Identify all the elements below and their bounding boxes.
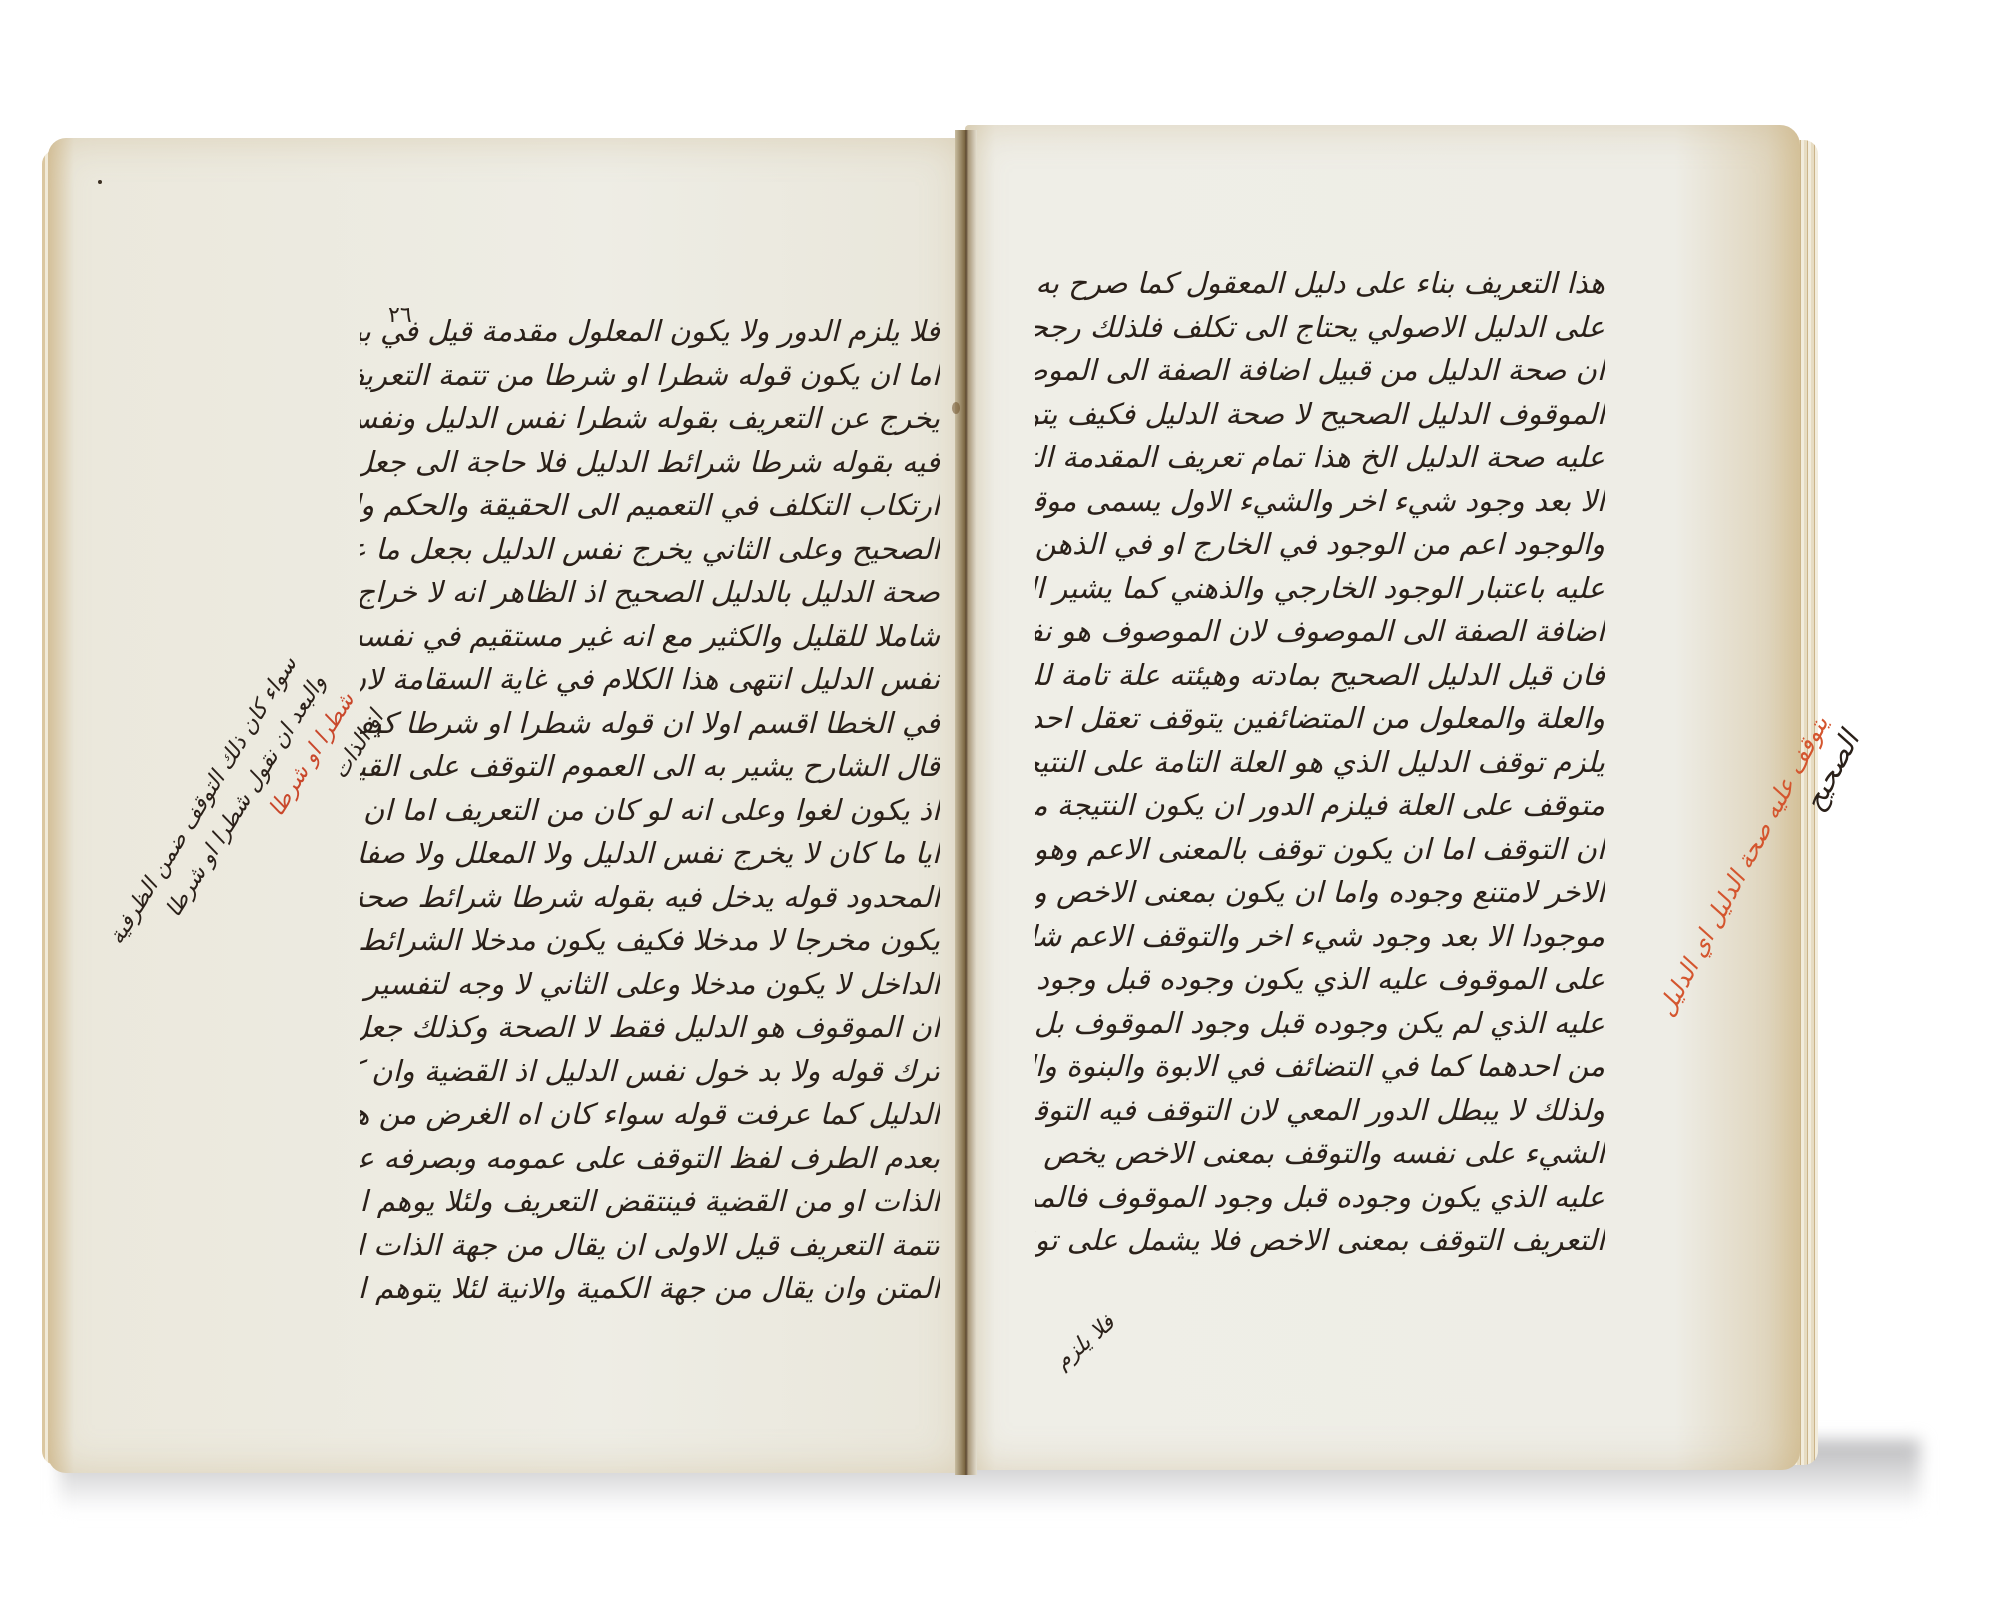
text-line: التعريف التوقف بمعنى الاخص فلا يشمل على … xyxy=(1035,1219,1605,1263)
text-line: الموقوف الدليل الصحيح لا صحة الدليل فكيف… xyxy=(1035,393,1605,437)
text-line: بعدم الطرف لفظ التوقف على عمومه وبصرفه ع… xyxy=(360,1137,940,1181)
text-line: نفس الدليل انتهى هذا الكلام في غاية السق… xyxy=(360,658,940,702)
text-line: هذا التعريف بناء على دليل المعقول كما صر… xyxy=(1035,262,1605,306)
book-gutter xyxy=(955,130,977,1475)
text-line: المتن وان يقال من جهة الكمية والانية لئل… xyxy=(360,1267,940,1311)
text-line: عليه صحة الدليل الخ هذا تمام تعريف المقد… xyxy=(1035,436,1605,480)
text-line: اذ يكون لغوا وعلى انه لو كان من التعريف … xyxy=(360,789,940,833)
text-line: على الدليل الاصولي يحتاج الى تكلف فلذلك … xyxy=(1035,306,1605,350)
text-line: اضافة الصفة الى الموصوف لان الموصوف هو ن… xyxy=(1035,610,1605,654)
right-page-text: هذا التعريف بناء على دليل المعقول كما صر… xyxy=(1035,262,1605,1263)
text-line: ارتكاب التكلف في التعميم الى الحقيقة وال… xyxy=(360,484,940,528)
text-line: فيه بقوله شرطا شرائط الدليل فلا حاجة الى… xyxy=(360,441,940,485)
text-line: ولذلك لا يبطل الدور المعي لان التوقف فيه… xyxy=(1035,1089,1605,1133)
text-line: والعلة والمعلول من المتضائفين يتوقف تعقل… xyxy=(1035,697,1605,741)
text-line: يخرج عن التعريف بقوله شطرا نفس الدليل ون… xyxy=(360,397,940,441)
text-line: ان الموقوف هو الدليل فقط لا الصحة وكذلك … xyxy=(360,1006,940,1050)
text-line: يلزم توقف الدليل الذي هو العلة التامة عل… xyxy=(1035,741,1605,785)
text-line: ان التوقف اما ان يكون توقف بالمعنى الاعم… xyxy=(1035,828,1605,872)
manuscript-spread: ٢٦ فلا يلزم الدور ولا يكون المعلول مقدمة… xyxy=(0,0,2000,1605)
text-line: من احدهما كما في التضائف في الابوة والبن… xyxy=(1035,1045,1605,1089)
text-line: الدليل كما عرفت قوله سواء كان اه الغرض م… xyxy=(360,1093,940,1137)
text-line: موجودا الا بعد وجود شيء اخر والتوقف الاع… xyxy=(1035,915,1605,959)
text-line: والوجود اعم من الوجود في الخارج او في ال… xyxy=(1035,523,1605,567)
text-line: الشيء على نفسه والتوقف بمعنى الاخص يخص ب… xyxy=(1035,1132,1605,1176)
text-line: الاخر لامتنع وجوده واما ان يكون بمعنى ال… xyxy=(1035,871,1605,915)
text-line: ايا ما كان لا يخرج نفس الدليل ولا المعلل… xyxy=(360,832,940,876)
text-line: على الموقوف عليه الذي يكون وجوده قبل وجو… xyxy=(1035,958,1605,1002)
text-line: فلا يلزم الدور ولا يكون المعلول مقدمة قي… xyxy=(360,310,940,354)
left-page-text: فلا يلزم الدور ولا يكون المعلول مقدمة قي… xyxy=(360,310,940,1311)
ink-spot xyxy=(98,180,102,184)
text-line: فان قيل الدليل الصحيح بمادته وهيئته علة … xyxy=(1035,654,1605,698)
text-line: متوقف على العلة فيلزم الدور ان يكون النت… xyxy=(1035,784,1605,828)
text-line: الداخل لا يكون مدخلا وعلى الثاني لا وجه … xyxy=(360,963,940,1007)
text-line: يكون مخرجا لا مدخلا فكيف يكون مدخلا الشر… xyxy=(360,919,940,963)
text-line: الذات او من القضية فينتقض التعريف ولئلا … xyxy=(360,1180,940,1224)
text-line: ترك قوله ولا بد خول نفس الدليل اذ القضية… xyxy=(360,1050,940,1094)
text-line: الصحيح وعلى الثاني يخرج نفس الدليل بجعل … xyxy=(360,528,940,572)
text-line: عليه الذي يكون وجوده قبل وجود الموقوف فا… xyxy=(1035,1176,1605,1220)
text-line: اما ان يكون قوله شطرا او شرطا من تتمة ال… xyxy=(360,354,940,398)
text-line: عليه الذي لم يكن وجوده قبل وجود الموقوف … xyxy=(1035,1002,1605,1046)
text-line: في الخطا اقسم اولا ان قوله شطرا او شرطا … xyxy=(360,702,940,746)
text-line: عليه باعتبار الوجود الخارجي والذهني كما … xyxy=(1035,567,1605,611)
text-line: المحدود قوله يدخل فيه بقوله شرطا شرائط ص… xyxy=(360,876,940,920)
text-line: تتمة التعريف قيل الاولى ان يقال من جهة ا… xyxy=(360,1224,940,1268)
stain-mark xyxy=(952,402,960,414)
text-line: قال الشارح يشير به الى العموم التوقف على… xyxy=(360,745,940,789)
text-line: شاملا للقليل والكثير مع انه غير مستقيم ف… xyxy=(360,615,940,659)
text-line: صحة الدليل بالدليل الصحيح اذ الظاهر انه … xyxy=(360,571,940,615)
text-line: الا بعد وجود شيء اخر والشيء الاول يسمى م… xyxy=(1035,480,1605,524)
text-line: ان صحة الدليل من قبيل اضافة الصفة الى ال… xyxy=(1035,349,1605,393)
